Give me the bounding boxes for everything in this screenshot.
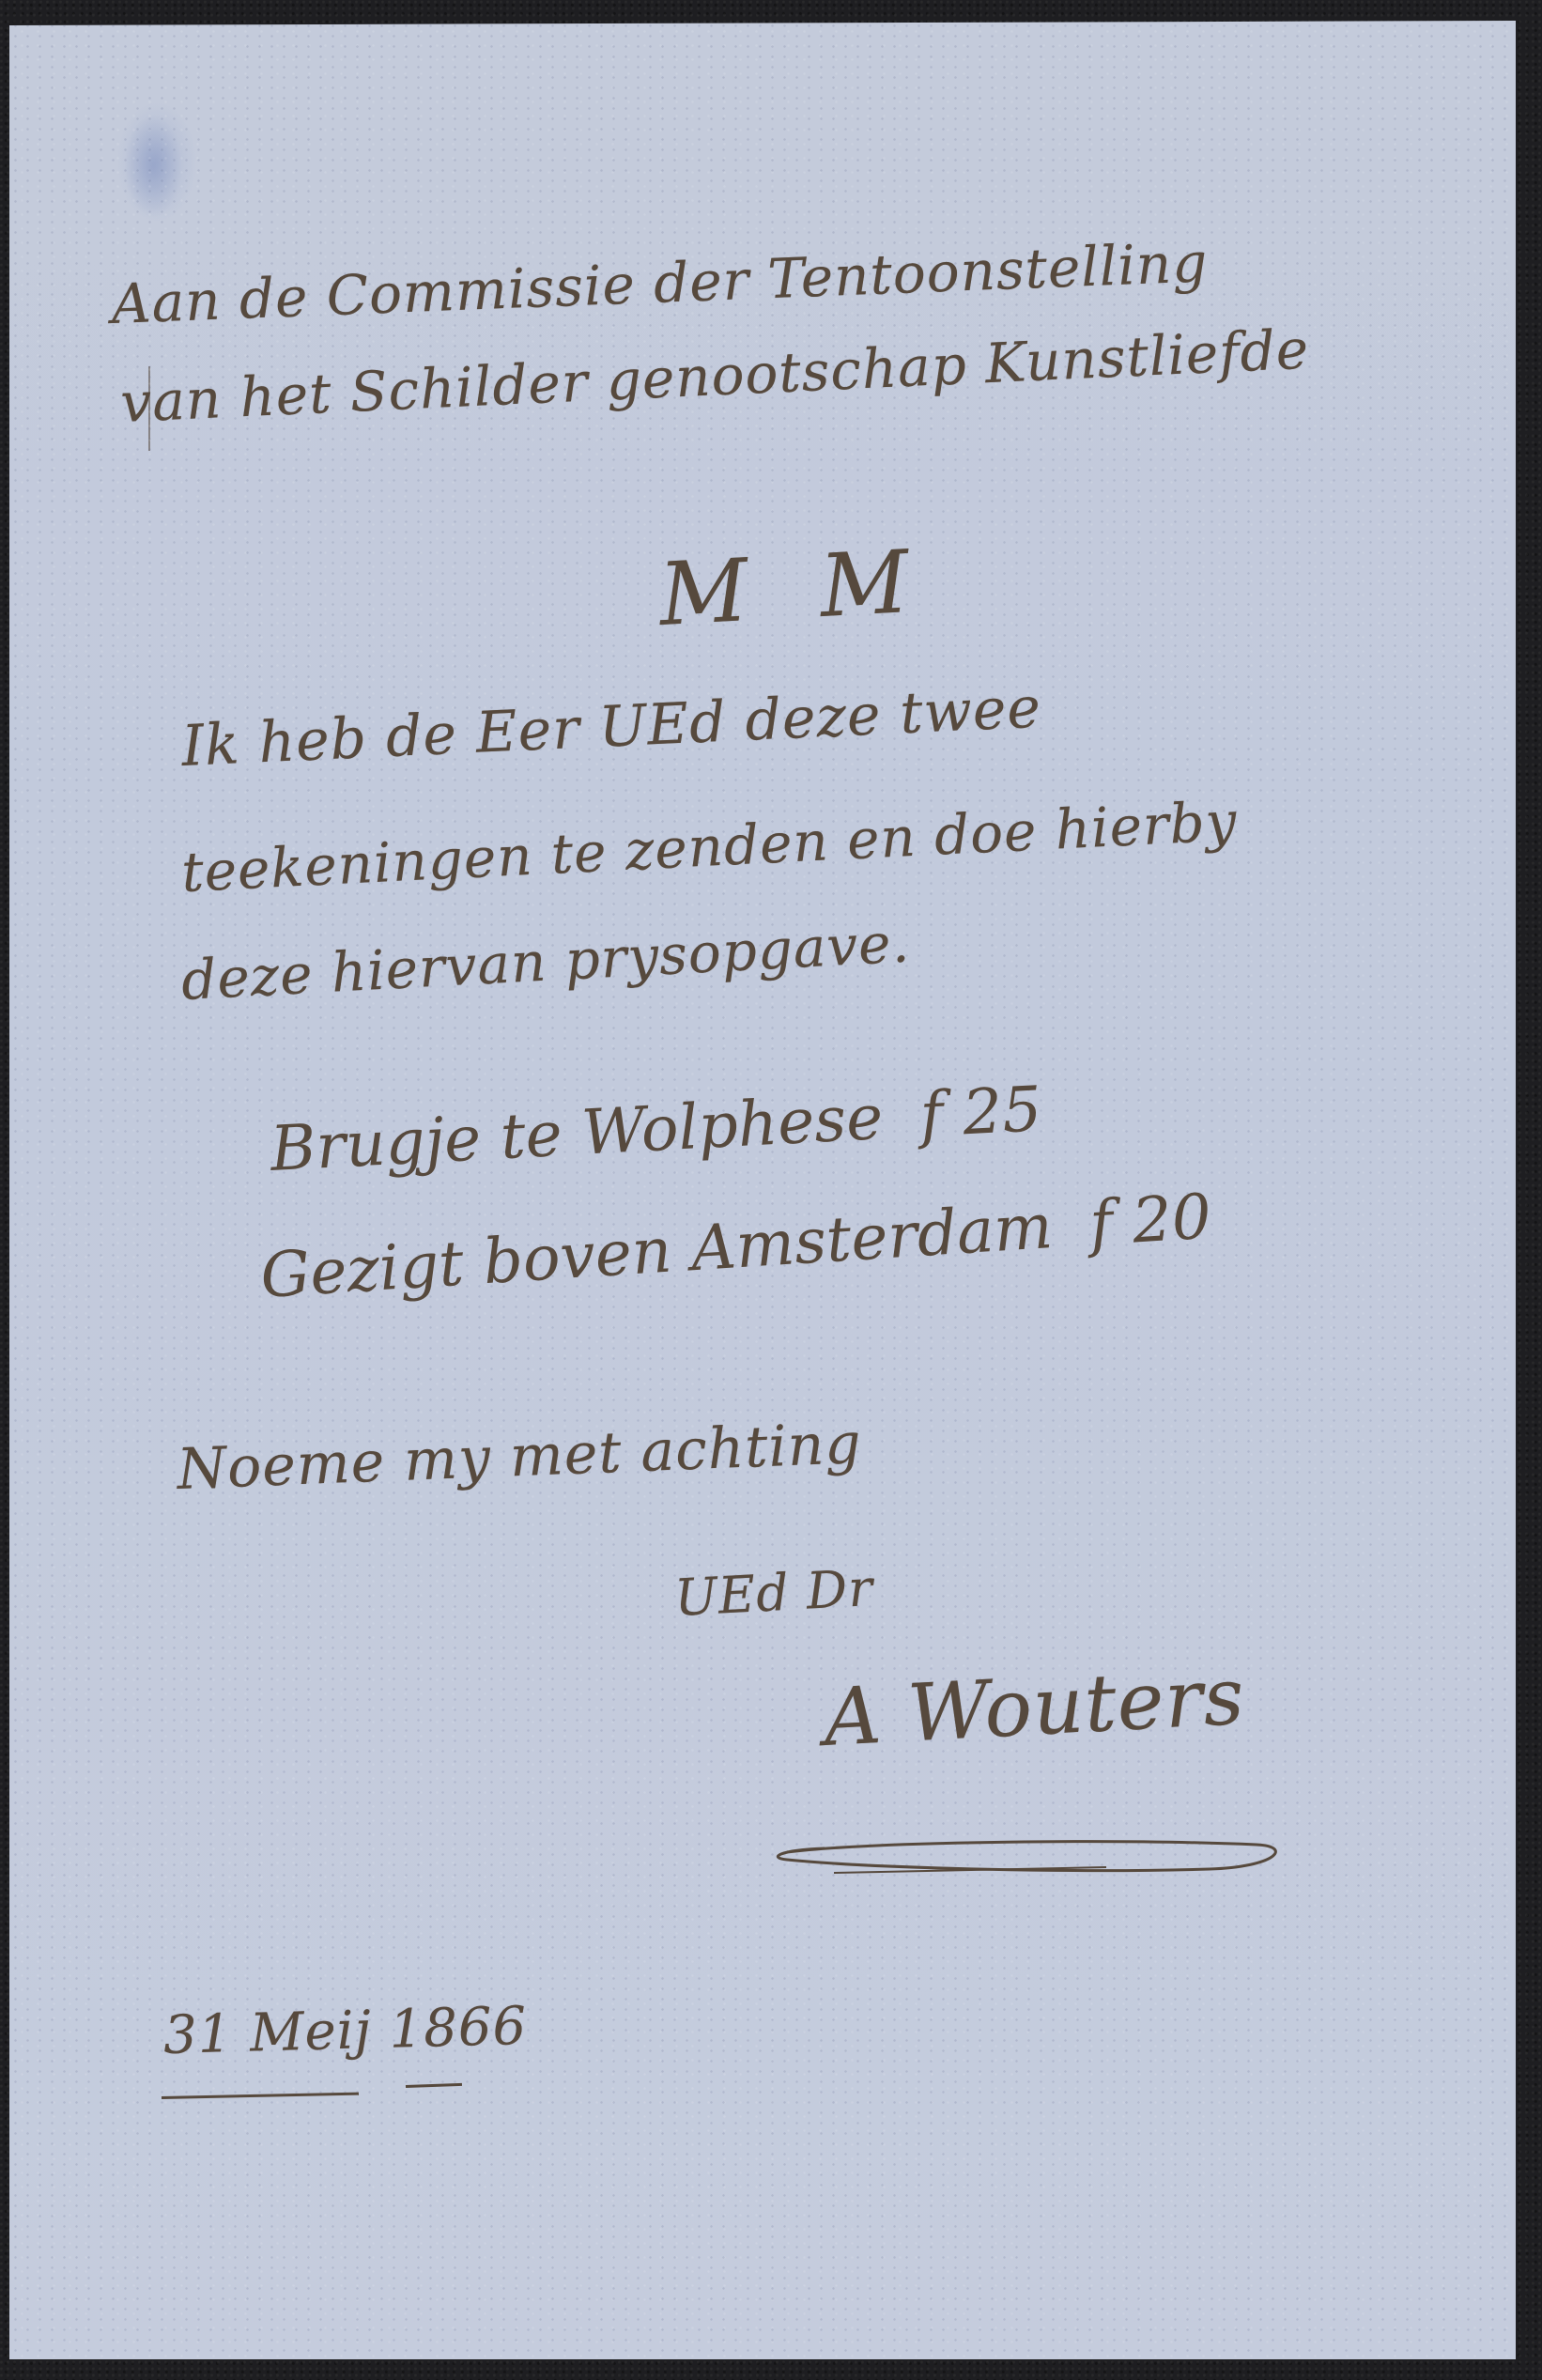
signature-flourish-icon [768,1831,1294,1878]
closing-formula: UEd Dr [673,1558,875,1628]
salutation: M M [656,531,933,645]
letter-date: 31 Meij 1866 [162,1996,528,2066]
artwork-price: f 20 [1087,1180,1213,1260]
artwork-price: f 25 [918,1073,1043,1151]
embossed-stamp-mark [124,115,182,218]
